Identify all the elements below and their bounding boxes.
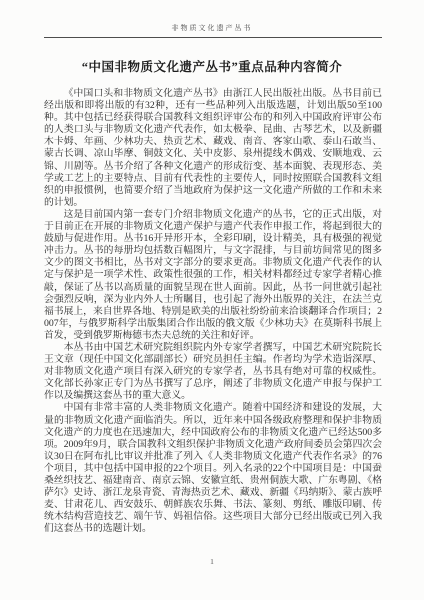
page-number: 1 <box>0 557 424 566</box>
paragraph-2: 这是目前国内第一套专门介绍非物质文化遗产的丛书，它的正式出版，对于目前正在开展的… <box>44 209 382 342</box>
running-header-text: 非物质文化遗产丛书 <box>172 24 253 32</box>
page-title: “中国非物质文化遗产丛书”重点品种内容简介 <box>30 59 394 75</box>
running-header: 非物质文化遗产丛书 <box>0 0 424 33</box>
document-body: 《中国口头和非物质文化遗产丛书》由浙江人民出版社出版。丛书目前已经出版和即将出版… <box>44 88 382 535</box>
paragraph-1: 《中国口头和非物质文化遗产丛书》由浙江人民出版社出版。丛书目前已经出版和即将出版… <box>44 88 382 209</box>
paragraph-3: 本丛书由中国艺术研究院组织院内外专家学者撰写，中国艺术研究院院长王文章（现任中国… <box>44 342 382 402</box>
paragraph-4: 中国有非常丰富的人类非物质文化遗产。随着中国经济和建设的发展，大量的非物质文化遗… <box>44 402 382 535</box>
header-rule <box>44 37 382 38</box>
document-page: 非物质文化遗产丛书 “中国非物质文化遗产丛书”重点品种内容简介 《中国口头和非物… <box>0 0 424 600</box>
